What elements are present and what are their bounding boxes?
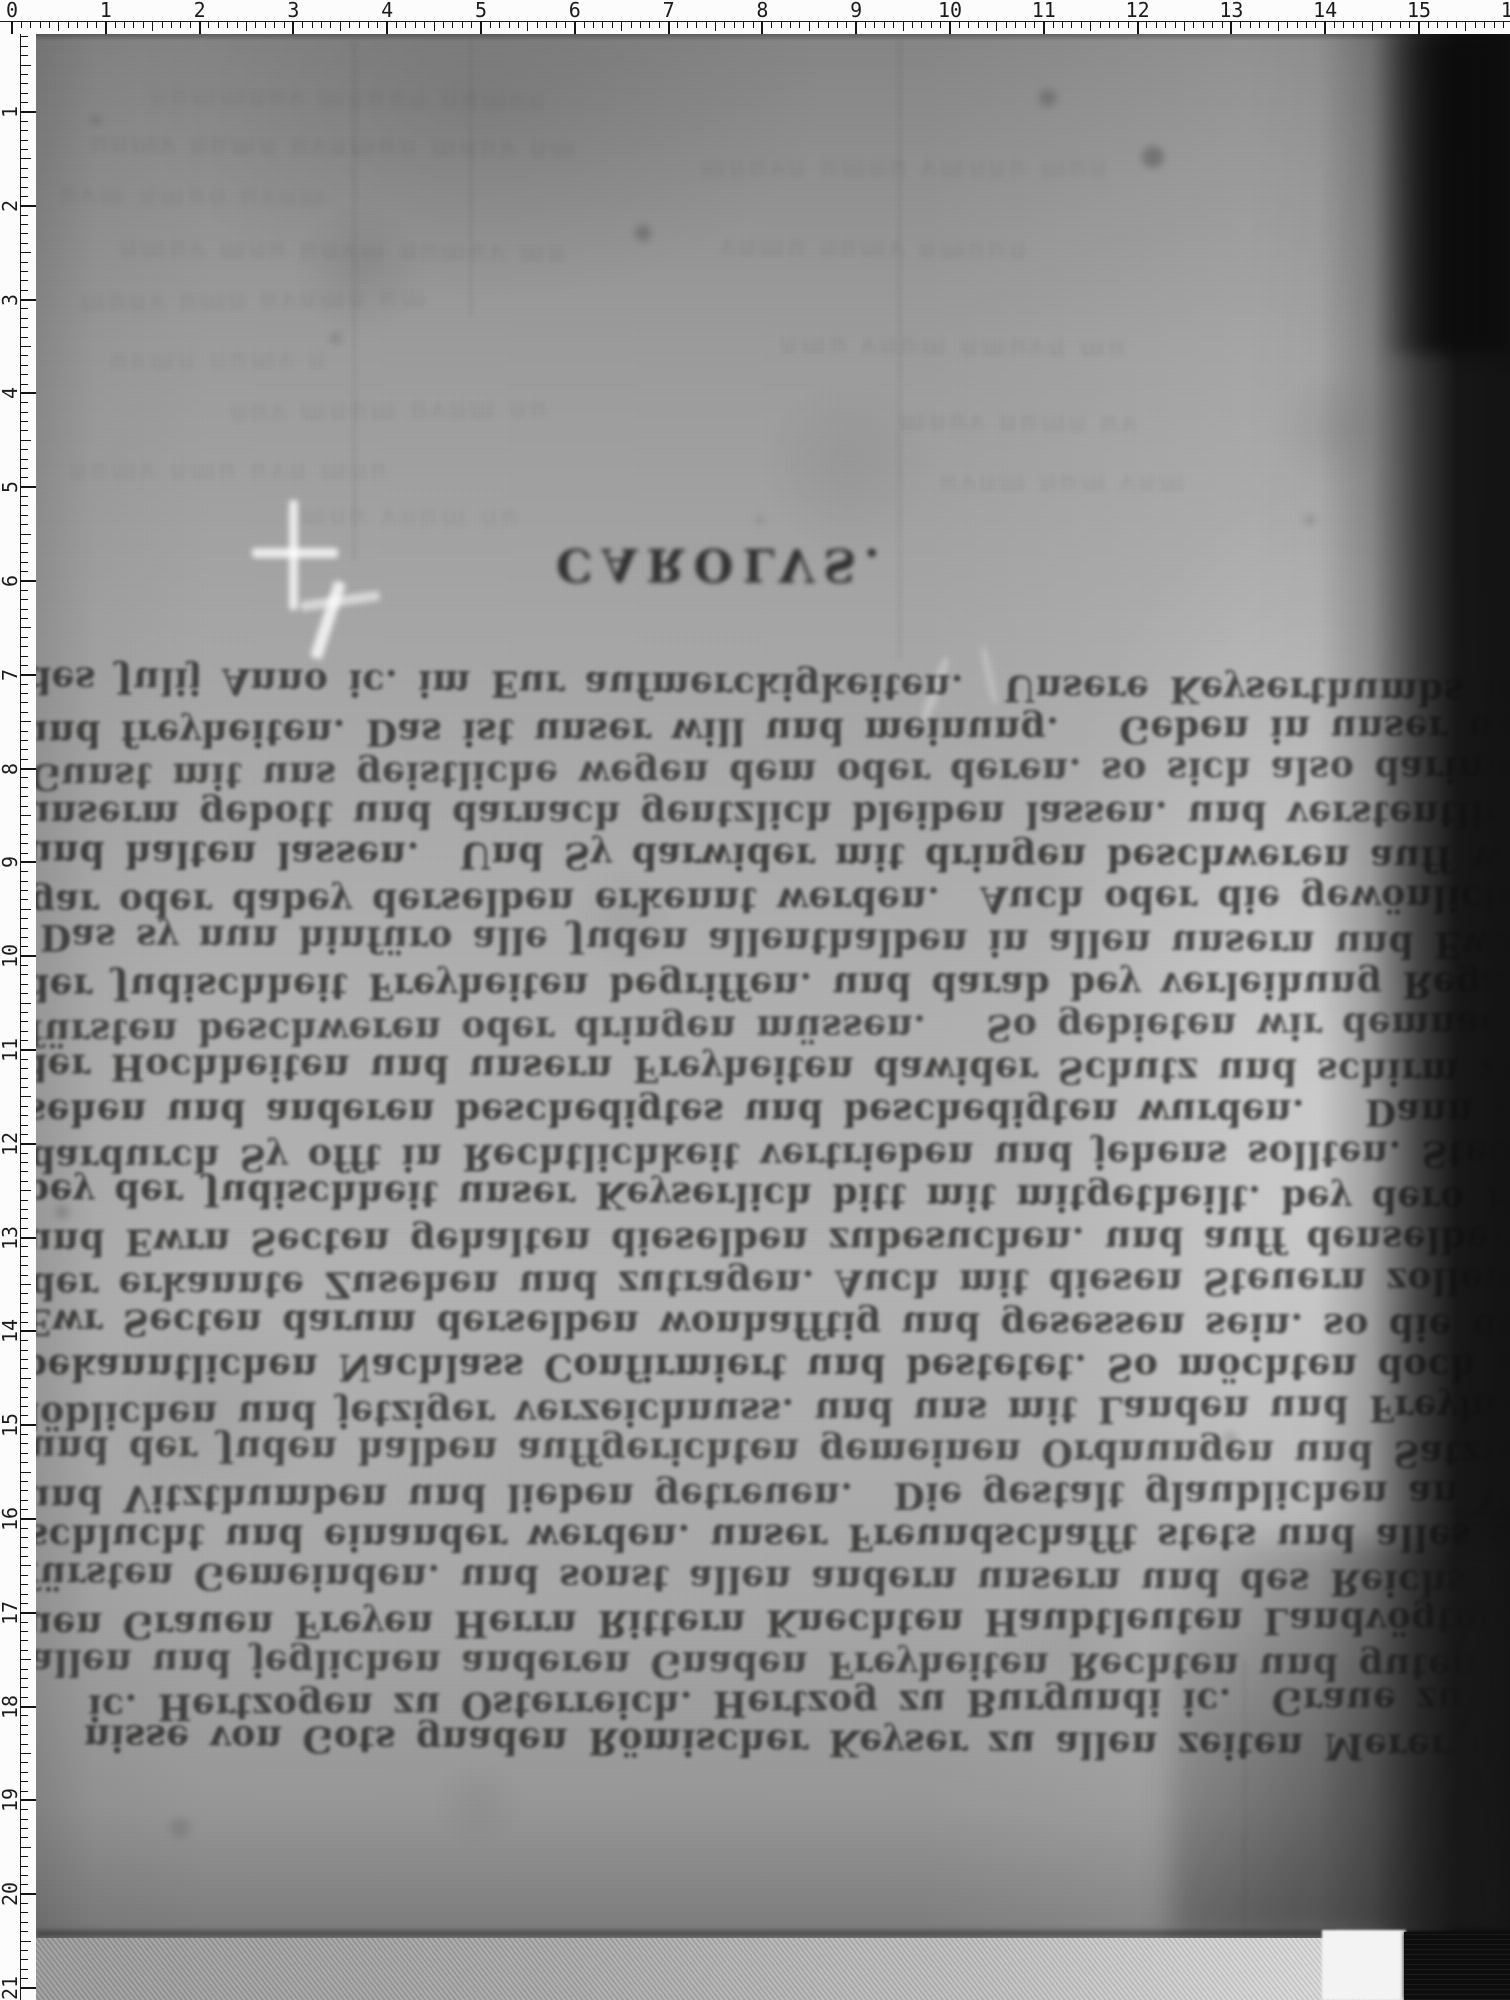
ruler-number: 5 xyxy=(0,474,23,500)
ruler-tick xyxy=(349,21,350,28)
ruler-tick xyxy=(20,806,28,807)
ruler-tick xyxy=(1353,21,1354,28)
ruler-number: 12 xyxy=(1120,0,1156,20)
ruler-tick xyxy=(20,796,28,797)
ruler-tick xyxy=(20,1659,31,1660)
ruler-tick xyxy=(574,21,576,34)
ruler-tick xyxy=(20,1490,28,1491)
cover-texture xyxy=(1404,1932,1510,2000)
ruler-tick xyxy=(940,21,941,28)
ruler-tick xyxy=(837,21,838,28)
ruler-tick xyxy=(1240,21,1241,28)
show-through-text-line: der Hochheiten und unsern Freyheiten daw… xyxy=(22,1044,1510,1095)
ruler-tick xyxy=(405,21,406,28)
ruler-tick xyxy=(771,21,772,28)
ruler-tick xyxy=(386,21,388,34)
ruler-tick xyxy=(20,918,28,919)
ruler-tick xyxy=(828,21,829,28)
ruler-tick xyxy=(20,374,28,375)
ruler-tick xyxy=(415,21,416,28)
ruler-tick xyxy=(20,1275,28,1276)
ruler-tick xyxy=(20,1734,28,1735)
ruler-tick xyxy=(1503,21,1504,28)
ruler-tick xyxy=(1006,21,1007,28)
ruler-tick xyxy=(20,1003,31,1004)
ruler-tick xyxy=(996,21,997,31)
black-cover-corner xyxy=(1404,1932,1510,2000)
ruler-tick xyxy=(20,749,28,750)
ruler-tick xyxy=(20,46,28,47)
ruler-tick xyxy=(546,21,547,28)
ruler-tick xyxy=(20,787,28,788)
ruler-tick xyxy=(1278,21,1279,31)
ruler-tick xyxy=(1475,21,1476,28)
ruler-tick xyxy=(20,1500,28,1501)
ruler-tick xyxy=(20,1462,28,1463)
show-through-text-line: der Judischheit Freyheiten begriffen. un… xyxy=(24,961,1510,1009)
ruler-number: 9 xyxy=(838,0,874,20)
ruler-tick xyxy=(20,243,28,244)
ruler-tick xyxy=(20,1209,28,1210)
ruler-tick xyxy=(302,21,303,28)
ruler-number: 7 xyxy=(0,662,23,688)
foxing-spot xyxy=(330,332,342,344)
ruler-tick xyxy=(1381,21,1382,28)
ruler-number: 5 xyxy=(463,0,499,20)
ghost-handwriting-row: nmuv mnu unvm numuv mn xyxy=(120,235,568,271)
ruler-tick xyxy=(20,1547,28,1548)
ruler-tick xyxy=(274,21,275,28)
ruler-tick xyxy=(1100,21,1101,28)
ruler-tick xyxy=(1494,21,1495,28)
ruler-tick xyxy=(799,21,800,28)
ruler-tick xyxy=(49,21,50,28)
ruler-tick xyxy=(20,1096,31,1097)
ruler-tick xyxy=(20,1584,28,1585)
ruler-tick xyxy=(143,21,144,28)
ruler-tick xyxy=(20,1397,28,1398)
ruler-tick xyxy=(527,21,528,31)
ruler-tick xyxy=(20,1021,28,1022)
ruler-tick xyxy=(584,21,585,28)
foxing-spot xyxy=(755,515,765,525)
ruler-tick xyxy=(20,515,28,516)
show-through-text-line: bekanntlichen Nachlass Confirmiert und b… xyxy=(22,1345,1510,1389)
ruler-tick xyxy=(1259,21,1260,28)
ruler-tick xyxy=(115,21,116,28)
ghost-handwriting-row: nummnuv mnuun numvn xyxy=(150,83,549,118)
ruler-tick xyxy=(621,21,622,31)
ruler-number: 7 xyxy=(651,0,687,20)
ruler-tick xyxy=(1230,21,1232,34)
foxing-spot xyxy=(91,115,101,125)
ruler-tick xyxy=(20,1256,28,1257)
ruler-tick xyxy=(20,899,28,900)
ruler-tick xyxy=(20,815,31,816)
ruler-tick xyxy=(20,149,28,150)
ruler-tick xyxy=(903,21,904,31)
ruler-number: 8 xyxy=(0,756,23,782)
ruler-tick xyxy=(20,1556,28,1557)
ruler-tick xyxy=(20,1012,28,1013)
ruler-tick xyxy=(1212,21,1213,28)
ruler-number: 21 xyxy=(0,1975,23,2000)
ruler-tick xyxy=(20,1594,28,1595)
ruler-tick xyxy=(312,21,313,28)
ghost-handwriting-row: mnuv numn uv xyxy=(900,408,1140,442)
ruler-tick xyxy=(377,21,378,28)
ruler-number: 13 xyxy=(0,1225,23,1251)
ruler-number: 16 xyxy=(0,1506,23,1532)
gutter-shadow-bottom xyxy=(1170,1540,1510,1940)
ruler-tick xyxy=(884,21,885,28)
ruler-tick xyxy=(1334,21,1335,28)
ruler-tick xyxy=(20,627,31,628)
ruler-number: 13 xyxy=(1213,0,1249,20)
ruler-tick xyxy=(1015,21,1016,28)
ruler-tick xyxy=(20,1828,28,1829)
show-through-text-line: sehen und anderen beschedigtes und besch… xyxy=(26,1090,1510,1134)
ruler-tick xyxy=(1324,21,1326,34)
ruler-number: 2 xyxy=(0,193,23,219)
ruler-number: 3 xyxy=(275,0,311,20)
ruler-tick xyxy=(20,1472,31,1473)
ruler-tick xyxy=(20,430,28,431)
ruler-tick xyxy=(227,21,228,28)
ruler-tick xyxy=(424,21,425,28)
ruler-tick xyxy=(499,21,500,28)
ruler-tick xyxy=(40,21,41,28)
ruler-tick xyxy=(20,1406,28,1407)
ruler-tick xyxy=(20,909,31,910)
ruler-tick xyxy=(471,21,472,28)
ruler-tick xyxy=(20,834,28,835)
ruler-tick xyxy=(20,843,28,844)
ruler-tick xyxy=(753,21,754,28)
ruler-number: 17 xyxy=(0,1600,23,1626)
ruler-tick xyxy=(509,21,510,28)
ruler-tick xyxy=(434,21,435,31)
ruler-number: 1 xyxy=(88,0,124,20)
ruler-tick xyxy=(208,21,209,28)
ruler-tick xyxy=(20,562,28,563)
ruler-number: 14 xyxy=(1307,0,1343,20)
ruler-tick xyxy=(20,937,28,938)
ruler-tick xyxy=(20,1950,28,1951)
ghost-handwriting-row: mnuvn umnu vmnnu mun xyxy=(700,155,1110,186)
ruler-tick xyxy=(20,1819,28,1820)
ruler-tick xyxy=(1222,21,1223,28)
ghost-handwriting-row: vnmu numv nmuun xyxy=(720,233,1029,267)
ruler-tick xyxy=(781,21,782,28)
ruler-tick xyxy=(20,280,28,281)
show-through-text-line: unserm gebott und darnach gentzlich blei… xyxy=(24,792,1510,836)
ruler-tick xyxy=(20,1218,28,1219)
ruler-tick xyxy=(20,1303,28,1304)
ruler-tick xyxy=(20,1772,28,1773)
ruler-tick xyxy=(978,21,979,28)
ruler-tick xyxy=(818,21,819,28)
ruler-tick xyxy=(218,21,219,28)
ruler-tick xyxy=(340,21,341,31)
ruler-number: 6 xyxy=(557,0,593,20)
ruler-tick xyxy=(518,21,519,28)
ruler-number: 15 xyxy=(0,1412,23,1438)
ruler-tick xyxy=(631,21,632,28)
ruler-tick xyxy=(1071,21,1072,28)
ruler-tick xyxy=(1390,21,1391,28)
ruler-tick xyxy=(649,21,650,28)
ruler-tick xyxy=(20,1284,31,1285)
ruler-tick xyxy=(20,1068,28,1069)
show-through-text-line: und Ewrn Secten gehalten dieselben zubes… xyxy=(26,1216,1510,1263)
ruler-tick xyxy=(20,1200,28,1201)
ruler-tick xyxy=(1118,21,1119,28)
ruler-tick xyxy=(1315,21,1316,28)
ruler-number: 4 xyxy=(0,380,23,406)
ruler-tick xyxy=(809,21,810,31)
ruler-tick xyxy=(20,928,28,929)
ruler-tick xyxy=(20,468,28,469)
ruler-tick xyxy=(1372,21,1373,31)
ruler-tick xyxy=(20,693,28,694)
foxing-spot xyxy=(635,225,651,241)
ruler-tick xyxy=(696,21,697,28)
ruler-tick xyxy=(20,1941,31,1942)
ruler-tick xyxy=(20,177,28,178)
ruler-tick xyxy=(20,1753,31,1754)
foxing-spot xyxy=(1304,514,1316,526)
ruler-tick xyxy=(1465,21,1466,31)
ruler-tick xyxy=(124,21,125,28)
ruler-number: 2 xyxy=(182,0,218,20)
ruler-tick xyxy=(734,21,735,28)
ruler-tick xyxy=(20,1312,28,1313)
ruler-tick xyxy=(30,21,31,28)
ruler-number: 15 xyxy=(1401,0,1437,20)
ruler-tick xyxy=(20,412,28,413)
ruler-tick xyxy=(20,618,28,619)
ghost-handwriting-row: uvm nmun uvnm xyxy=(60,182,328,216)
ruler-tick xyxy=(20,459,28,460)
ruler-tick xyxy=(20,1190,31,1191)
ruler-tick xyxy=(20,646,28,647)
ruler-tick xyxy=(20,1106,28,1107)
ruler-tick xyxy=(58,21,59,31)
ruler-tick xyxy=(368,21,369,28)
ghost-handwriting-row: mnu vnum nu xyxy=(300,502,521,535)
ruler-tick xyxy=(949,21,951,34)
ruler-tick xyxy=(20,421,28,422)
ruler-tick xyxy=(20,1856,28,1857)
ruler-tick xyxy=(490,21,491,28)
ruler-tick xyxy=(77,21,78,28)
ruler-tick xyxy=(1437,21,1438,28)
ruler-tick xyxy=(1409,21,1410,28)
ruler-tick xyxy=(1025,21,1026,28)
ruler-tick xyxy=(96,21,97,28)
ruler-tick xyxy=(20,1087,28,1088)
ruler-tick xyxy=(105,21,107,34)
ruler-number: 10 xyxy=(0,943,23,969)
ruler-tick xyxy=(20,702,28,703)
ruler-tick xyxy=(20,1378,31,1379)
ruler-tick xyxy=(1297,21,1298,28)
ruler-tick xyxy=(20,271,28,272)
ruler-tick xyxy=(443,21,444,28)
ruler-tick xyxy=(330,21,331,28)
ruler-tick xyxy=(677,21,678,28)
ruler-tick xyxy=(396,21,397,28)
ruler-tick xyxy=(968,21,969,28)
ruler-tick xyxy=(1362,21,1363,28)
ruler-tick xyxy=(20,712,28,713)
white-cross-mark xyxy=(252,548,338,558)
ruler-tick xyxy=(20,1453,28,1454)
ruler-tick xyxy=(359,21,360,28)
ghost-handwriting-row: nuv mnum uvnm nu xyxy=(230,395,550,429)
ruler-tick xyxy=(20,1359,28,1360)
ruler-tick xyxy=(284,21,285,28)
ruler-tick xyxy=(1428,21,1429,28)
ruler-tick xyxy=(265,21,266,28)
ruler-tick xyxy=(480,21,482,34)
ruler-tick xyxy=(20,1875,28,1876)
ruler-tick xyxy=(1090,21,1091,31)
ruler-tick xyxy=(659,21,660,28)
ruler-tick xyxy=(20,346,31,347)
white-card-corner xyxy=(1322,1930,1406,2000)
ruler-tick xyxy=(687,21,688,28)
ruler-tick xyxy=(1268,21,1269,28)
ruler-tick xyxy=(20,65,31,66)
ruler-tick xyxy=(846,21,847,28)
ruler-tick xyxy=(246,21,247,31)
ghost-handwriting-row: unmv numn uvnmun mnuv nm xyxy=(90,130,579,166)
ruler-tick xyxy=(20,1969,28,1970)
ruler-number: 4 xyxy=(369,0,405,20)
ruler-tick xyxy=(292,21,294,34)
ruler-tick xyxy=(20,1725,28,1726)
ruler-tick xyxy=(855,21,857,34)
ruler-tick xyxy=(790,21,791,28)
ruler-tick xyxy=(20,824,28,825)
ruler-tick xyxy=(20,1678,28,1679)
ruler-tick xyxy=(162,21,163,28)
ruler-tick xyxy=(1184,21,1185,31)
ruler-tick xyxy=(959,21,960,28)
ruler-tick xyxy=(20,1744,28,1745)
ruler-tick xyxy=(20,721,31,722)
ruler-tick xyxy=(20,881,28,882)
ruler-number: 19 xyxy=(0,1787,23,1813)
ruler-tick xyxy=(20,1481,28,1482)
ruler-tick xyxy=(1156,21,1157,28)
ruler-tick xyxy=(190,21,191,28)
ruler-tick xyxy=(20,449,28,450)
ruler-tick xyxy=(20,1866,28,1867)
ruler-tick xyxy=(20,233,28,234)
ruler-tick xyxy=(602,21,603,28)
ruler-tick xyxy=(931,21,932,28)
page-bottom-edge xyxy=(36,1928,1336,1938)
ruler-tick xyxy=(715,21,716,31)
ruler-tick xyxy=(20,1922,28,1923)
ruler-tick xyxy=(1165,21,1166,28)
foxing-spot xyxy=(170,1818,190,1838)
ruler-tick xyxy=(255,21,256,28)
ruler-tick xyxy=(1343,21,1344,28)
ruler-tick xyxy=(20,158,31,159)
ruler-tick xyxy=(21,21,22,28)
ruler-number: 6 xyxy=(0,568,23,594)
ruler-tick xyxy=(20,543,28,544)
ruler-tick xyxy=(1137,21,1139,34)
show-through-text-line: und der Juden halben auffgerichten gemei… xyxy=(30,1427,1510,1478)
ruler-tick xyxy=(556,21,557,28)
ruler-tick xyxy=(68,21,69,28)
ruler-tick xyxy=(11,21,13,34)
ruler-tick xyxy=(1418,21,1420,34)
ruler-tick xyxy=(20,609,28,610)
ruler-tick xyxy=(20,1293,28,1294)
ruler-tick xyxy=(20,1181,28,1182)
ruler-tick xyxy=(593,21,594,28)
ghost-handwriting-row: nmu vnum nmuvn mu xyxy=(780,331,1129,366)
ruler-tick xyxy=(1203,21,1204,28)
ruler-tick xyxy=(20,731,28,732)
ruler-tick xyxy=(20,1125,28,1126)
ruler-tick xyxy=(20,1687,28,1688)
ruler-number: 3 xyxy=(0,287,23,313)
ruler-tick xyxy=(20,327,28,328)
ruler-tick xyxy=(1306,21,1307,28)
ruler-number: 11 xyxy=(0,1037,23,1063)
ruler-tick xyxy=(20,1912,28,1913)
ruler-tick xyxy=(20,55,28,56)
ruler-tick xyxy=(20,74,28,75)
top-ruler: 012345678910111213141516 xyxy=(0,0,1510,34)
ruler-tick xyxy=(20,1115,28,1116)
ruler-tick xyxy=(1043,21,1045,34)
ruler-tick xyxy=(20,740,28,741)
ruler-tick xyxy=(1484,21,1485,28)
ruler-tick xyxy=(20,337,28,338)
ruler-tick xyxy=(20,1837,28,1838)
ruler-tick xyxy=(20,262,28,263)
ruler-tick xyxy=(20,656,28,657)
ruler-tick xyxy=(20,252,31,253)
foxing-spot xyxy=(1142,146,1164,168)
ruler-number: 18 xyxy=(0,1694,23,1720)
ghost-handwriting-row: numv nmu uvn mnu xyxy=(70,457,390,488)
ruler-tick xyxy=(874,21,875,28)
ruler-tick xyxy=(1081,21,1082,28)
ruler-tick xyxy=(743,21,744,28)
ruler-tick xyxy=(1400,21,1401,28)
ruler-tick xyxy=(20,1847,31,1848)
ruler-tick xyxy=(20,365,28,366)
ruler-tick xyxy=(20,505,28,506)
ruler-tick xyxy=(20,1575,28,1576)
ruler-tick xyxy=(20,355,28,356)
ruler-tick xyxy=(1146,21,1147,28)
ruler-tick xyxy=(20,1443,28,1444)
ruler-tick xyxy=(20,440,31,441)
ruler-tick xyxy=(20,1650,28,1651)
show-through-text-line: Ewr Secten darum derselben wonhafftig un… xyxy=(24,1300,1510,1351)
gutter-shadow-top xyxy=(1380,34,1510,354)
